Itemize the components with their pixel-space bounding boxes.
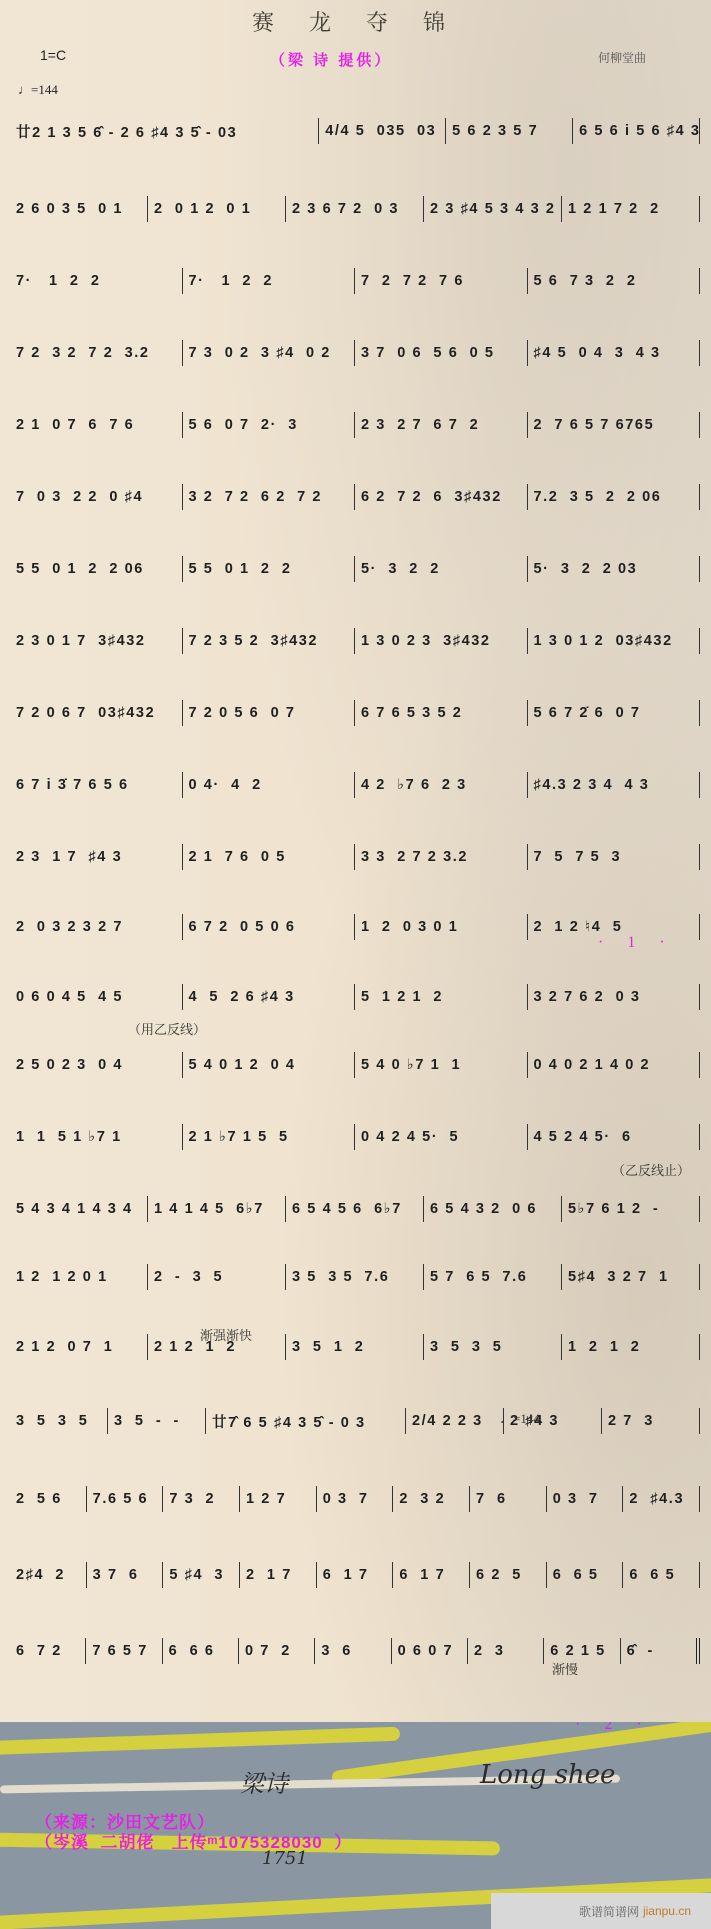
measure: 2 5 6	[10, 1486, 87, 1512]
annotation-use-reverse-string: （用乙反线）	[128, 1019, 206, 1038]
page-mark-2: · 2 ·	[575, 1722, 652, 1734]
measure: 6̂ -	[621, 1638, 700, 1664]
measure: ♯4.3 2 3 4 4 3	[528, 772, 701, 798]
handwritten-name: 梁诗	[240, 1764, 288, 1799]
measure: 1 3 0 2 3 3♯432	[355, 628, 528, 654]
score-line: 2 0 3 2 3 2 76 7 2 0 5 0 61 2 0 3 0 12 1…	[10, 914, 700, 940]
cover-art: · 2 · 梁诗 Long shee 1751 （来源：沙田文艺队） （岑溪 二…	[0, 1722, 711, 1929]
measure: 1 2 1 2 0 1	[10, 1264, 148, 1290]
measure: 5· 3 2 2	[355, 556, 528, 582]
score-line: 廿2 1 3 5 6̂ - 2 6 ♯4 3 5̂ - 034/4 5 035 …	[10, 118, 700, 144]
score-line: 1 1 5 1 ♭7 12 1 ♭7 1 5 50 4 2 4 5· 54 5 …	[10, 1124, 700, 1150]
score-line: 7 2 0 6 7 03♯4327 2 0 5 6 0 76 7 6 5 3 5…	[10, 700, 700, 726]
measure: 7 2 3 2 7 2 3.2	[10, 340, 183, 366]
measure: 5 5 0 1 2 2	[183, 556, 356, 582]
score-line: 2 1 2 0 7 12 1 2 1 23 5 1 23 5 3 51 2 1 …	[10, 1334, 700, 1360]
page-mark-1: · 1 ·	[598, 934, 675, 952]
measure: 7 3 2	[163, 1486, 240, 1512]
measure: 1 3 0 1 2 03♯432	[528, 628, 701, 654]
measure: 6 1 7	[393, 1562, 470, 1588]
measure: 6 2 7 2 6 3♯432	[355, 484, 528, 510]
measure: 7 3 0 2 3 ♯4 0 2	[183, 340, 356, 366]
measure: 2 6 0 3 5 0 1	[10, 196, 148, 222]
score-line: 2 1 0 7 6 7 65 6 0 7 2· 32 3 2 7 6 7 22 …	[10, 412, 700, 438]
measure: 6 7 6 5 3 5 2	[355, 700, 528, 726]
measure: 2 3 ♯4 5 3 4 3 2	[424, 196, 562, 222]
measure: 0 3 7	[547, 1486, 624, 1512]
measure: 2 3 6 7 2 0 3	[286, 196, 424, 222]
measure: 3 5 3 5	[10, 1408, 108, 1434]
score-line: 7· 1 2 27· 1 2 27 2 7 2 7 65 6 7 3 2 2	[10, 268, 700, 294]
measure: 7.2 3 5 2 2 06	[528, 484, 701, 510]
measure: 5 6 0 7 2· 3	[183, 412, 356, 438]
measure: 5 4 0 1 2 0 4	[183, 1052, 356, 1078]
measure: 2/4 2 2 3	[406, 1408, 504, 1434]
score-line: 2 3 1 7 ♯4 32 1 7 6 0 53 3 2 7 2 3.27 5 …	[10, 844, 700, 870]
measure: 3 5 - -	[108, 1408, 206, 1434]
measure: 0 4· 4 2	[183, 772, 356, 798]
measure: 廿2 1 3 5 6̂ - 2 6 ♯4 3 5̂ - 03	[10, 118, 319, 144]
measure: 1 2 1 2	[562, 1334, 700, 1360]
measure: 2 7 3	[602, 1408, 700, 1434]
measure: 5 4 0 ♭7 1 1	[355, 1052, 528, 1078]
key-signature: 1=C	[40, 47, 66, 63]
score-line: 2 3 0 1 7 3♯4327 2 3 5 2 3♯4321 3 0 2 3 …	[10, 628, 700, 654]
measure: 4/4 5 035 03	[319, 118, 446, 144]
measure: 6 5 6 i 5 6 ♯4 3	[573, 118, 700, 144]
score-line: 1 2 1 2 0 12 - 3 53 5 3 5 7.65 7 6 5 7.6…	[10, 1264, 700, 1290]
measure: 7 2 0 6 7 03♯432	[10, 700, 183, 726]
composer-credit: 何柳堂曲	[598, 49, 646, 66]
measure: 3 5 1 2	[286, 1334, 424, 1360]
measure: 5 6 2 3 5 7	[446, 118, 573, 144]
measure: 6 6 5	[623, 1562, 700, 1588]
measure: 6 6 6	[163, 1638, 239, 1664]
annotation-ritardando: 渐慢	[552, 1659, 578, 1678]
measure: 2 3 1 7 ♯4 3	[10, 844, 183, 870]
score-page: 赛 龙 夺 锦 1=C （梁 诗 提供） 何柳堂曲 ♩=144 廿2 1 3 5…	[0, 0, 711, 1722]
measure: 5· 3 2 2 03	[528, 556, 701, 582]
measure: 1 1 5 1 ♭7 1	[10, 1124, 183, 1150]
measure: 7· 1 2 2	[183, 268, 356, 294]
measure: 7 2 3 5 2 3♯432	[183, 628, 356, 654]
measure: 2 0 1 2 0 1	[148, 196, 286, 222]
score-line: 7 2 3 2 7 2 3.27 3 0 2 3 ♯4 0 23 7 0 6 5…	[10, 340, 700, 366]
measure: 3 5 3 5 7.6	[286, 1264, 424, 1290]
measure: 7 2 0 5 6 0 7	[183, 700, 356, 726]
measure: 3 7 0 6 5 6 0 5	[355, 340, 528, 366]
measure: 5♭7 6 1 2 -	[562, 1196, 700, 1222]
measure: 6 7 2	[10, 1638, 86, 1664]
measure: 0 7 2	[239, 1638, 315, 1664]
annotation-reverse-string-end: （乙反线止）	[612, 1160, 690, 1179]
measure: 0 3 7	[317, 1486, 394, 1512]
site-watermark: 歌谱简谱网 jianpu.cn	[491, 1893, 711, 1929]
measure: 1 4 1 4 5 6♭7	[148, 1196, 286, 1222]
measure: 2♯4 2	[10, 1562, 87, 1588]
score-line: 5 5 0 1 2 2 065 5 0 1 2 25· 3 2 25· 3 2 …	[10, 556, 700, 582]
decor-stripe	[0, 1727, 400, 1756]
measure: 4 2 ♭7 6 2 3	[355, 772, 528, 798]
watermark-site-link[interactable]: jianpu.cn	[643, 1904, 691, 1918]
score-line: 0 6 0 4 5 4 54 5 2 6 ♯4 35 1 2 1 23 2 7 …	[10, 984, 700, 1010]
measure: 2 5 0 2 3 0 4	[10, 1052, 183, 1078]
measure: 5 5 0 1 2 2 06	[10, 556, 183, 582]
measure: 6 7 2 0 5 0 6	[183, 914, 356, 940]
score-line: 5 4 3 4 1 4 3 41 4 1 4 5 6♭76 5 4 5 6 6♭…	[10, 1196, 700, 1222]
score-line: 6 7 27 6 5 76 6 60 7 23 60 6 0 72 36 2 1…	[10, 1638, 700, 1664]
measure: 3 2 7 6 2 0 3	[528, 984, 701, 1010]
measure: 3 7 6	[87, 1562, 164, 1588]
measure: 2 1 2 0 7 1	[10, 1334, 148, 1360]
measure: 5 6 7 2̇ 6 0 7	[528, 700, 701, 726]
handwritten-signature: Long shee	[480, 1760, 615, 1790]
tempo-marking: ♩=144	[18, 82, 58, 98]
measure: 0 6 0 7	[392, 1638, 468, 1664]
measure: 廿7̂ 6 5 ♯4 3 5̂ - 0 3	[206, 1408, 406, 1434]
measure: 2 1 7	[240, 1562, 317, 1588]
measure: 2 7 6 5 7 6765	[528, 412, 701, 438]
measure: 3 2 7 2 6 2 7 2	[183, 484, 356, 510]
score-line: 3 5 3 53 5 - -廿7̂ 6 5 ♯4 3 5̂ - 0 32/4 2…	[10, 1408, 700, 1434]
measure: 2 - 3 5	[148, 1264, 286, 1290]
annotation-crescendo-accel: 渐强渐快	[200, 1325, 252, 1344]
measure: 6 6 5	[547, 1562, 624, 1588]
song-title: 赛 龙 夺 锦	[0, 6, 711, 37]
measure: 3 5 3 5	[424, 1334, 562, 1360]
measure: 7 2 7 2 7 6	[355, 268, 528, 294]
measure: 2 3 2 7 6 7 2	[355, 412, 528, 438]
measure: 5♯4 3 2 7 1	[562, 1264, 700, 1290]
score-line: 2 5 67.6 5 67 3 21 2 70 3 72 3 27 60 3 7…	[10, 1486, 700, 1512]
measure: 2 0 3 2 3 2 7	[10, 914, 183, 940]
measure: 4 5 2 6 ♯4 3	[183, 984, 356, 1010]
measure: 7 6 5 7	[86, 1638, 162, 1664]
measure: 2 1 7 6 0 5	[183, 844, 356, 870]
measure: 0 4 2 4 5· 5	[355, 1124, 528, 1150]
measure: 7· 1 2 2	[10, 268, 183, 294]
measure: 7 5 7 5 3	[528, 844, 701, 870]
measure: 1 2 1 7 2 2	[562, 196, 700, 222]
measure: 7.6 5 6	[87, 1486, 164, 1512]
source-line-2: （岑溪 二胡佬 上传ᵐ1075328030 ）	[35, 1828, 352, 1853]
score-line: 6 7 i 3̇ 7 6 5 60 4· 4 24 2 ♭7 6 2 3♯4.3…	[10, 772, 700, 798]
score-line: 7 0 3 2 2 0 ♯43 2 7 2 6 2 7 26 2 7 2 6 3…	[10, 484, 700, 510]
measure: 0 4 0 2 1 4 0 2	[528, 1052, 701, 1078]
measure: 5 1 2 1 2	[355, 984, 528, 1010]
measure: 5 ♯4 3	[163, 1562, 240, 1588]
measure: 6 2 5	[470, 1562, 547, 1588]
annotation-tempo-repeat: ♩=144	[500, 1411, 540, 1427]
score-line: 2 5 0 2 3 0 45 4 0 1 2 0 45 4 0 ♭7 1 10 …	[10, 1052, 700, 1078]
score-line: 2♯4 23 7 65 ♯4 32 1 76 1 76 1 76 2 56 6 …	[10, 1562, 700, 1588]
measure: 5 4 3 4 1 4 3 4	[10, 1196, 148, 1222]
measure: 2 1 0 7 6 7 6	[10, 412, 183, 438]
measure: 2 3	[468, 1638, 544, 1664]
measure: 4 5 2 4 5· 6	[528, 1124, 701, 1150]
score-line: 2 6 0 3 5 0 12 0 1 2 0 12 3 6 7 2 0 32 3…	[10, 196, 700, 222]
measure: 1 2 0 3 0 1	[355, 914, 528, 940]
measure: 3 6	[315, 1638, 391, 1664]
watermark-text: 歌谱简谱网	[579, 1903, 639, 1920]
provider-credit: （梁 诗 提供）	[270, 49, 392, 70]
measure: 6 1 7	[317, 1562, 394, 1588]
measure: 5 6 7 3 2 2	[528, 268, 701, 294]
measure: 3 3 2 7 2 3.2	[355, 844, 528, 870]
measure: 2 ♯4.3	[623, 1486, 700, 1512]
measure: 2 3 0 1 7 3♯432	[10, 628, 183, 654]
measure: 7 0 3 2 2 0 ♯4	[10, 484, 183, 510]
measure: 7 6	[470, 1486, 547, 1512]
measure: 2 3 2	[393, 1486, 470, 1512]
measure: 6 5 4 3 2 0 6	[424, 1196, 562, 1222]
measure: 6 5 4 5 6 6♭7	[286, 1196, 424, 1222]
measure: 1 2 7	[240, 1486, 317, 1512]
measure: 5 7 6 5 7.6	[424, 1264, 562, 1290]
measure: 6 7 i 3̇ 7 6 5 6	[10, 772, 183, 798]
measure: ♯4 5 0 4 3 4 3	[528, 340, 701, 366]
measure: 0 6 0 4 5 4 5	[10, 984, 183, 1010]
measure: 2 1 ♭7 1 5 5	[183, 1124, 356, 1150]
